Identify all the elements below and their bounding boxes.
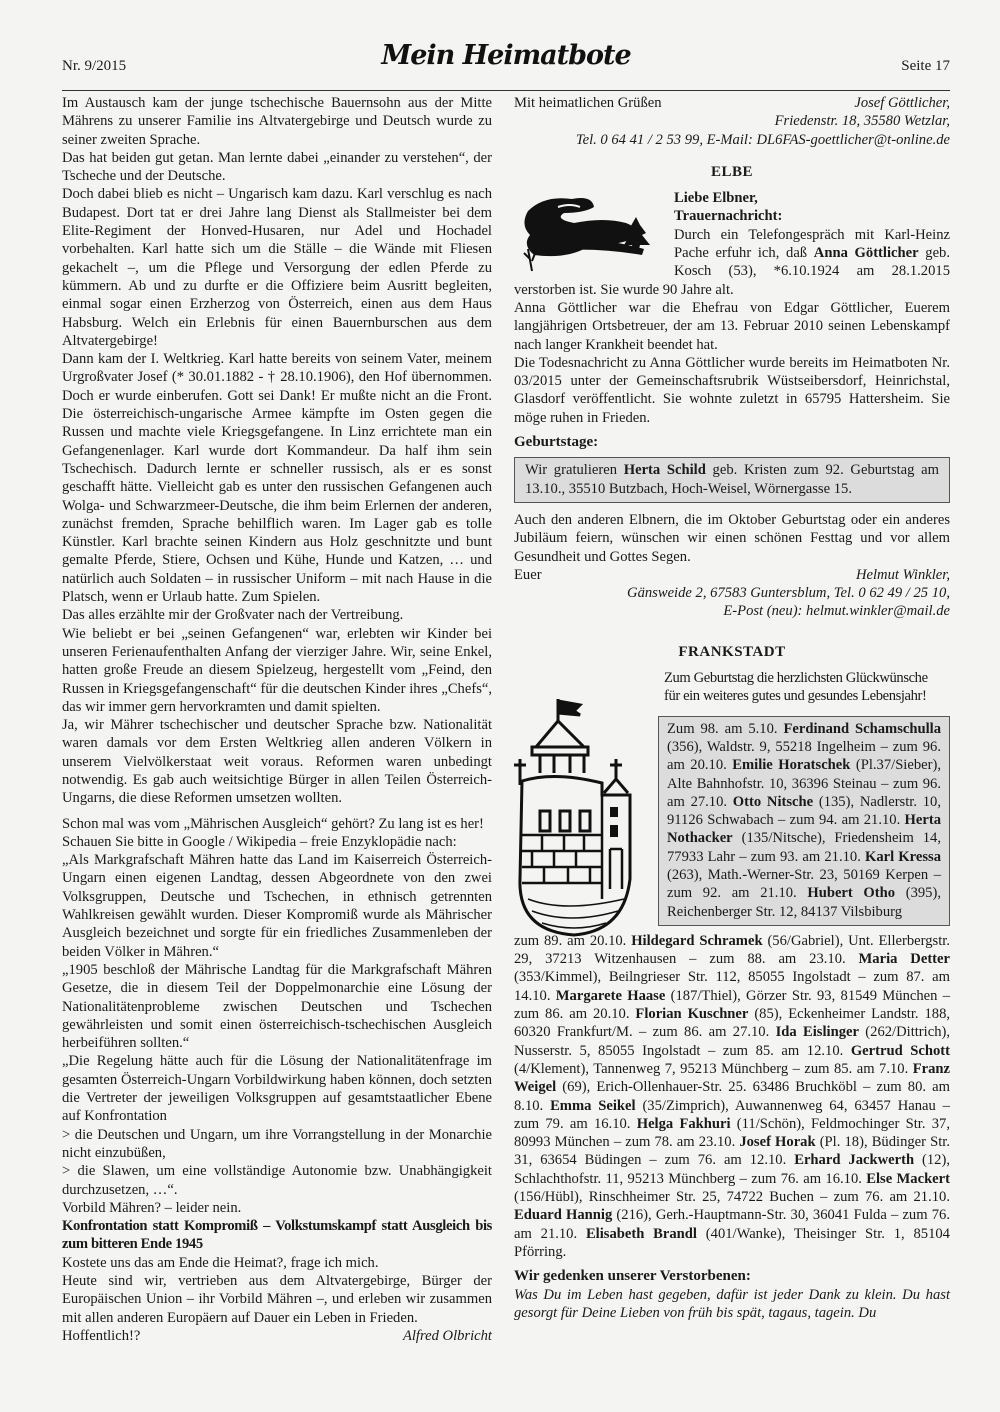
landscape-icon: [514, 189, 662, 278]
paragraph: Auch den anderen Elbnern, die im Oktober…: [514, 511, 950, 566]
signer-name: Helmut Winkler,: [856, 566, 950, 584]
greeting-label: Mit heimatlichen Grüßen: [514, 94, 662, 112]
elbe-section: Liebe Elbner, Trauernachricht: Durch ein…: [514, 189, 950, 621]
memorial-text: Was Du im Leben hast gegeben, dafür ist …: [514, 1286, 950, 1323]
right-column: Mit heimatlichen Grüßen Josef Göttlicher…: [514, 94, 950, 1322]
section-title-elbe: ELBE: [514, 163, 950, 181]
birthday-list-continued: zum 89. am 20.10. Hildegard Schramek (56…: [514, 932, 950, 1261]
birthday-box: Wir gratulieren Herta Schild geb. Kriste…: [514, 457, 950, 503]
paragraph: Heute sind wir, vertrieben aus dem Altva…: [62, 1272, 492, 1327]
quote: „Die Regelung hätte auch für die Lösung …: [62, 1052, 492, 1125]
birthday-name: Herta Schild: [624, 462, 706, 478]
paragraph: Die Todesnachricht zu Anna Göttlicher wu…: [514, 354, 950, 427]
paragraph: Schauen Sie bitte in Google / Wikipedia …: [62, 833, 492, 851]
page-number: Seite 17: [901, 58, 950, 75]
paragraph: Doch dabei blieb es nicht – Ungarisch ka…: [62, 185, 492, 350]
deceased-name: Anna Göttlicher: [814, 245, 919, 261]
quote: „1905 beschloß der Mährische Landtag für…: [62, 961, 492, 1052]
paragraph: Wie beliebt er bei „seinen Gefangenen“ w…: [62, 625, 492, 716]
paragraph: Kostete uns das am Ende die Heimat?, fra…: [62, 1254, 492, 1272]
section-title-frankstadt: FRANKSTADT: [514, 643, 950, 661]
last-line: Hoffentlich!?: [62, 1327, 140, 1345]
greeting-address: Friedenstr. 18, 35580 Wetzlar,: [514, 112, 950, 130]
birthdays-heading: Geburtstage:: [514, 433, 950, 451]
paragraph: Im Austausch kam der junge tschechische …: [62, 94, 492, 149]
paragraph: Dann kam der I. Weltkrieg. Karl hatte be…: [62, 350, 492, 606]
quote: > die Deutschen und Ungarn, um ihre Vorr…: [62, 1126, 492, 1163]
greeting-contact: Tel. 0 64 41 / 2 53 99, E-Mail: DL6FAS-g…: [514, 131, 950, 149]
signer-email: E-Post (neu): helmut.winkler@mail.de: [514, 602, 950, 620]
quote: „Als Markgrafschaft Mähren hatte das Lan…: [62, 851, 492, 961]
frankstadt-section: Zum Geburtstag die herzlichsten Glückwün…: [514, 669, 950, 926]
signer-address: Gänsweide 2, 67583 Guntersblum, Tel. 0 6…: [514, 584, 950, 602]
paragraph: Vorbild Mähren? – leider nein.: [62, 1199, 492, 1217]
frankstadt-intro: Zum Geburtstag die herzlichsten Glückwün…: [664, 669, 950, 687]
paragraph: Das alles erzählte mir der Großvater nac…: [62, 606, 492, 624]
author-signature: Hoffentlich!? Alfred Olbricht: [62, 1327, 492, 1345]
birthday-list-box: Zum 98. am 5.10. Ferdinand Schamschulla …: [658, 716, 950, 926]
paragraph: Schon mal was vom „Mährischen Ausgleich“…: [62, 815, 492, 833]
left-column: Im Austausch kam der junge tschechische …: [62, 94, 492, 1345]
paragraph: Anna Göttlicher war die Ehefrau von Edga…: [514, 299, 950, 354]
greeting-line: Mit heimatlichen Grüßen Josef Göttlicher…: [514, 94, 950, 112]
elbe-signature: Euer Helmut Winkler,: [514, 566, 950, 584]
birthday-entry: zum 92. am 21.10. Hubert Otho (395), Rei…: [667, 885, 941, 919]
author-name: Alfred Olbricht: [403, 1327, 492, 1345]
paragraph: Das hat beiden gut getan. Man lernte dab…: [62, 149, 492, 186]
newspaper-logo: Mein Heimatbote: [381, 40, 630, 71]
castle-icon: [514, 699, 634, 944]
newspaper-page: Nr. 9/2015 Mein Heimatbote Seite 17 Im A…: [62, 0, 950, 1412]
quote: > die Slawen, um eine vollständige Auton…: [62, 1162, 492, 1199]
bold-heading: Konfrontation statt Kompromiß – Volkstum…: [62, 1217, 492, 1254]
greeting-name: Josef Göttlicher,: [854, 94, 950, 112]
frankstadt-intro: für ein weiteres gutes und gesundes Lebe…: [664, 687, 950, 705]
issue-number: Nr. 9/2015: [62, 58, 126, 75]
memorial-heading: Wir gedenken unserer Verstorbenen:: [514, 1267, 950, 1285]
masthead: Nr. 9/2015 Mein Heimatbote Seite 17: [62, 40, 950, 91]
paragraph: Ja, wir Mährer tschechischer und deutsch…: [62, 716, 492, 807]
